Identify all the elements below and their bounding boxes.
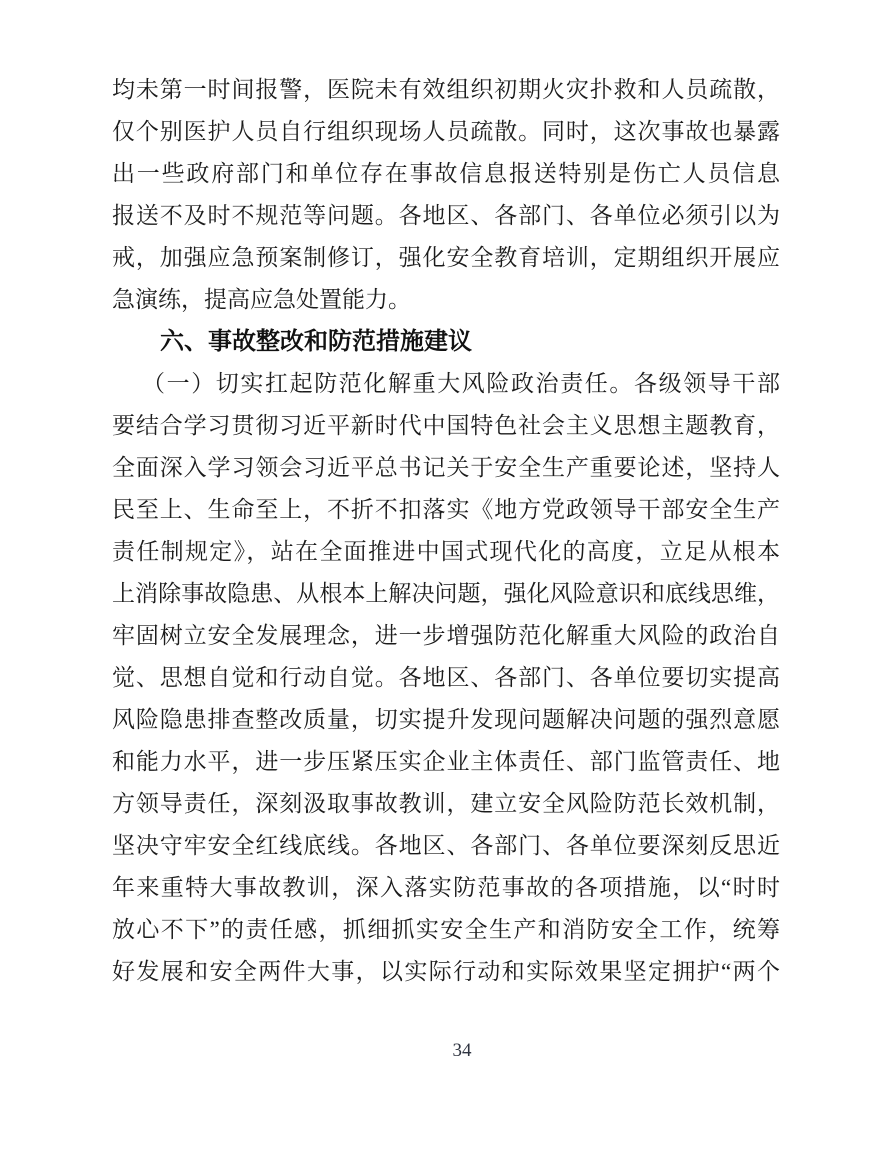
text-line: 年来重特大事故教训，深入落实防范事故的各项措施，以“时时 [112,867,780,909]
text-line: 责任制规定》，站在全面推进中国式现代化的高度，立足从根本 [112,531,780,573]
document-body: 均未第一时间报警，医院未有效组织初期火灾扑救和人员疏散，仅个别医护人员自行组织现… [112,69,780,993]
text-line: 均未第一时间报警，医院未有效组织初期火灾扑救和人员疏散， [112,69,780,111]
text-line: 和能力水平，进一步压紧压实企业主体责任、部门监管责任、地 [112,741,780,783]
text-line: 急演练，提高应急处置能力。 [112,279,780,321]
text-line: 出一些政府部门和单位存在事故信息报送特别是伤亡人员信息 [112,153,780,195]
text-line: 民至上、生命至上，不折不扣落实《地方党政领导干部安全生产 [112,489,780,531]
text-line: 戒，加强应急预案制修订，强化安全教育培训，定期组织开展应 [112,237,780,279]
text-line: 风险隐患排查整改质量，切实提升发现问题解决问题的强烈意愿 [112,699,780,741]
text-line: 上消除事故隐患、从根本上解决问题，强化风险意识和底线思维， [112,573,780,615]
text-line: 坚决守牢安全红线底线。各地区、各部门、各单位要深刻反思近 [112,825,780,867]
section-heading: 六、事故整改和防范措施建议 [112,321,780,363]
text-line: 放心不下”的责任感，抓细抓实安全生产和消防安全工作，统筹 [112,909,780,951]
text-line: 牢固树立安全发展理念，进一步增强防范化解重大风险的政治自 [112,615,780,657]
text-line: 要结合学习贯彻习近平新时代中国特色社会主义思想主题教育， [112,405,780,447]
text-line: 方领导责任，深刻汲取事故教训，建立安全风险防范长效机制， [112,783,780,825]
text-line: 全面深入学习领会习近平总书记关于安全生产重要论述，坚持人 [112,447,780,489]
page-number: 34 [42,1036,880,1066]
text-line: 仅个别医护人员自行组织现场人员疏散。同时，这次事故也暴露 [112,111,780,153]
text-line: （一）切实扛起防范化解重大风险政治责任。各级领导干部 [112,363,780,405]
text-line: 觉、思想自觉和行动自觉。各地区、各部门、各单位要切实提高 [112,657,780,699]
text-line: 报送不及时不规范等问题。各地区、各部门、各单位必须引以为 [112,195,780,237]
document-page: 均未第一时间报警，医院未有效组织初期火灾扑救和人员疏散，仅个别医护人员自行组织现… [0,0,880,1165]
text-line: 好发展和安全两件大事，以实际行动和实际效果坚定拥护“两个 [112,951,780,993]
